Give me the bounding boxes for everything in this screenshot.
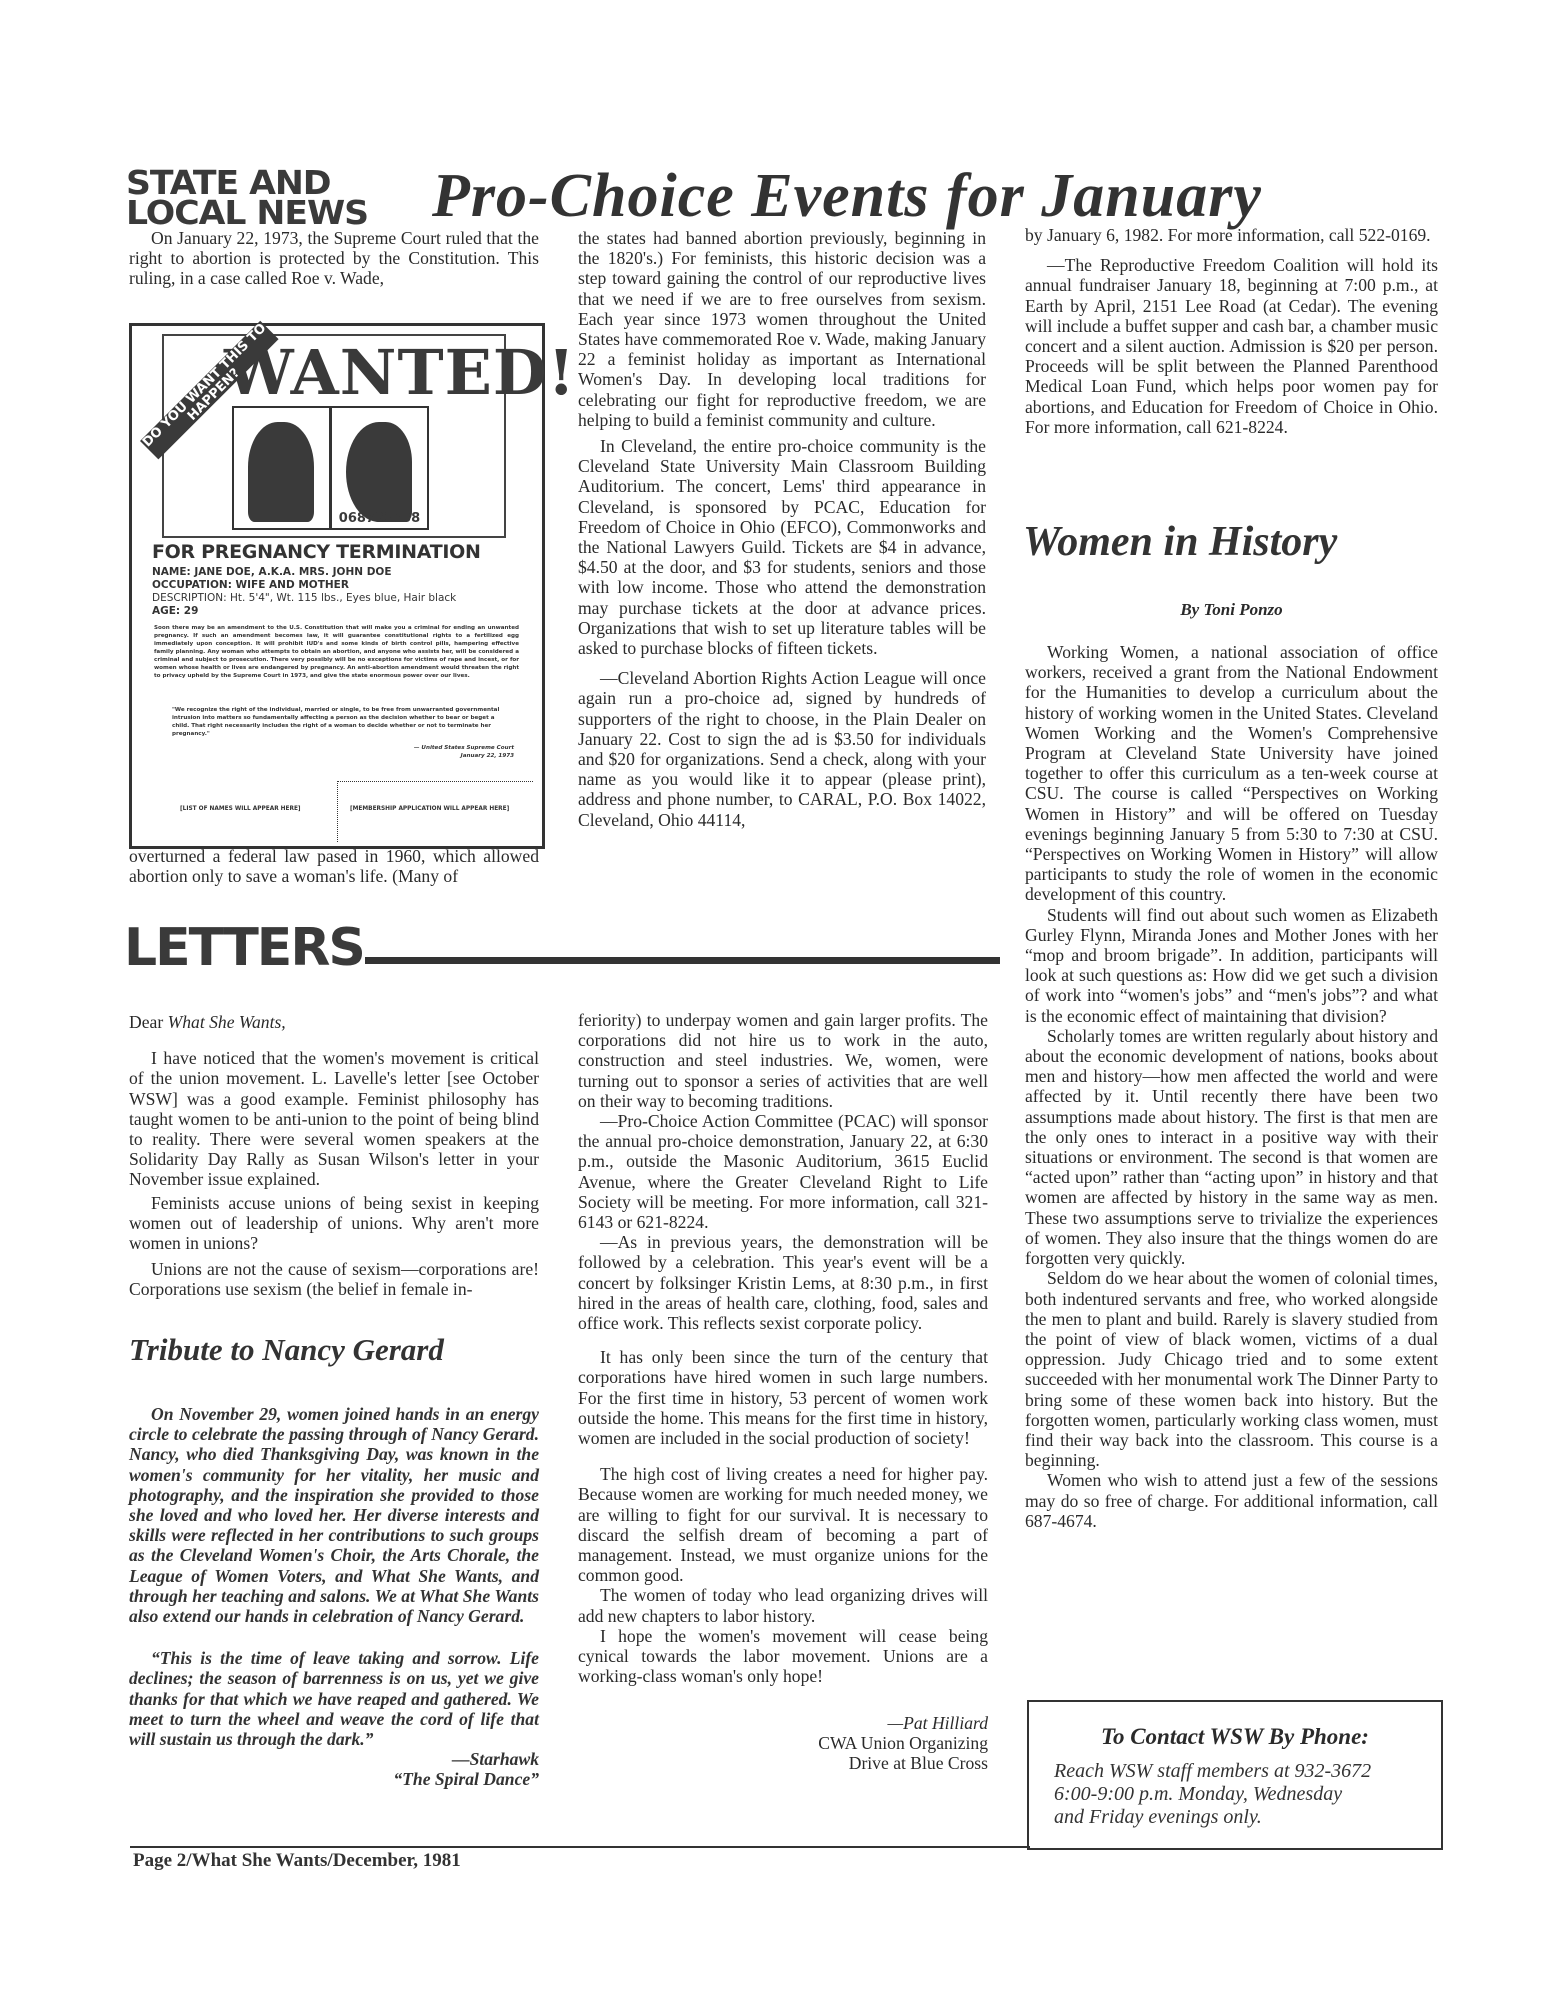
tribute-attribution: —Starhawk “The Spiral Dance”	[129, 1749, 539, 1789]
poster-name: NAME: JANE DOE, A.K.A. MRS. JOHN DOE	[152, 566, 392, 578]
letters-col2: feriority) to underpay women and gain la…	[578, 1010, 988, 1773]
silhouette-icon	[248, 422, 314, 522]
women-in-history-body: Working Women, a national association of…	[1025, 642, 1438, 1531]
paragraph: The high cost of living creates a need f…	[578, 1464, 988, 1585]
paragraph: the states had banned abortion previousl…	[578, 228, 986, 430]
paragraph: feriority) to underpay women and gain la…	[578, 1010, 988, 1111]
paragraph: Seldom do we hear about the women of col…	[1025, 1268, 1438, 1470]
state-news-col3: by January 6, 1982. For more information…	[1025, 225, 1438, 437]
poster-description: DESCRIPTION: Ht. 5'4", Wt. 115 lbs., Eye…	[152, 592, 456, 604]
paragraph: On November 29, women joined hands in an…	[129, 1404, 539, 1626]
paragraph: —As in previous years, the demonstration…	[578, 1232, 988, 1333]
state-news-col1: On January 22, 1973, the Supreme Court r…	[129, 228, 539, 289]
paragraph: On January 22, 1973, the Supreme Court r…	[129, 228, 539, 289]
paragraph: Women who wish to attend just a few of t…	[1025, 1470, 1438, 1531]
byline: By Toni Ponzo	[1025, 600, 1438, 620]
paragraph: Scholarly tomes are written regularly ab…	[1025, 1026, 1438, 1268]
letters-rule	[365, 957, 1000, 964]
paragraph: I hope the women's movement will cease b…	[578, 1626, 988, 1687]
letters-col1: Dear What She Wants, I have noticed that…	[129, 1012, 539, 1300]
tribute-headline: Tribute to Nancy Gerard	[129, 1332, 444, 1368]
paragraph: Unions are not the cause of sexism—corpo…	[129, 1259, 539, 1299]
paragraph: —Cleveland Abortion Rights Action League…	[578, 668, 986, 830]
paragraph: It has only been since the turn of the c…	[578, 1347, 988, 1448]
salutation: Dear What She Wants,	[129, 1012, 539, 1032]
contact-title: To Contact WSW By Phone:	[1029, 1724, 1441, 1750]
page-folio: Page 2/What She Wants/December, 1981	[133, 1850, 461, 1872]
poster-citation: — United States Supreme Court January 22…	[414, 744, 514, 760]
section-tag-letters: LETTERS	[124, 920, 364, 976]
state-news-col2: the states had banned abortion previousl…	[578, 228, 986, 830]
tribute-body: On November 29, women joined hands in an…	[129, 1404, 539, 1790]
mugshot-front: 0	[232, 406, 331, 530]
silhouette-icon	[346, 422, 412, 522]
mugshot-profile: 068732858	[330, 406, 429, 530]
paragraph: Students will find out about such women …	[1025, 905, 1438, 1026]
paragraph: Feminists accuse unions of being sexist …	[129, 1193, 539, 1254]
women-in-history-headline: Women in History	[1023, 518, 1337, 566]
poster-heading: FOR PREGNANCY TERMINATION	[152, 541, 481, 563]
wanted-poster: WANTED! 0 068732858 DO YOU WANT THIS TO …	[129, 323, 545, 849]
footer-rule	[130, 1846, 1030, 1848]
paragraph: overturned a federal law pased in 1960, …	[129, 846, 539, 886]
paragraph: In Cleveland, the entire pro-choice comm…	[578, 436, 986, 658]
poster-quote: "We recognize the right of the individua…	[172, 706, 512, 738]
section-tag-state-local-news: STATE AND LOCAL NEWS	[126, 168, 368, 228]
tribute-quote: “This is the time of leave taking and so…	[129, 1648, 539, 1749]
wanted-title: WANTED!	[224, 336, 576, 409]
paragraph: Working Women, a national association of…	[1025, 642, 1438, 905]
letter-signature: —Pat Hilliard CWA Union Organizing Drive…	[578, 1713, 988, 1774]
contact-box: To Contact WSW By Phone: Reach WSW staff…	[1027, 1700, 1443, 1850]
page-title: Pro-Choice Events for January	[432, 160, 1262, 232]
paragraph: I have noticed that the women's movement…	[129, 1048, 539, 1189]
contact-details: Reach WSW staff members at 932-3672 6:00…	[1054, 1760, 1371, 1829]
paragraph: The women of today who lead organizing d…	[578, 1585, 988, 1625]
paragraph: —The Reproductive Freedom Coalition will…	[1025, 255, 1438, 437]
names-placeholder: [LIST OF NAMES WILL APPEAR HERE]	[180, 806, 301, 812]
poster-fine-print: Soon there may be an amendment to the U.…	[154, 624, 519, 680]
paragraph: by January 6, 1982. For more information…	[1025, 225, 1438, 245]
application-placeholder: [MEMBERSHIP APPLICATION WILL APPEAR HERE…	[350, 806, 509, 812]
poster-occupation: OCCUPATION: WIFE AND MOTHER	[152, 579, 349, 591]
state-news-col1-continued: overturned a federal law pased in 1960, …	[129, 846, 539, 886]
paragraph: —Pro-Choice Action Committee (PCAC) will…	[578, 1111, 988, 1232]
poster-age: AGE: 29	[152, 605, 198, 617]
